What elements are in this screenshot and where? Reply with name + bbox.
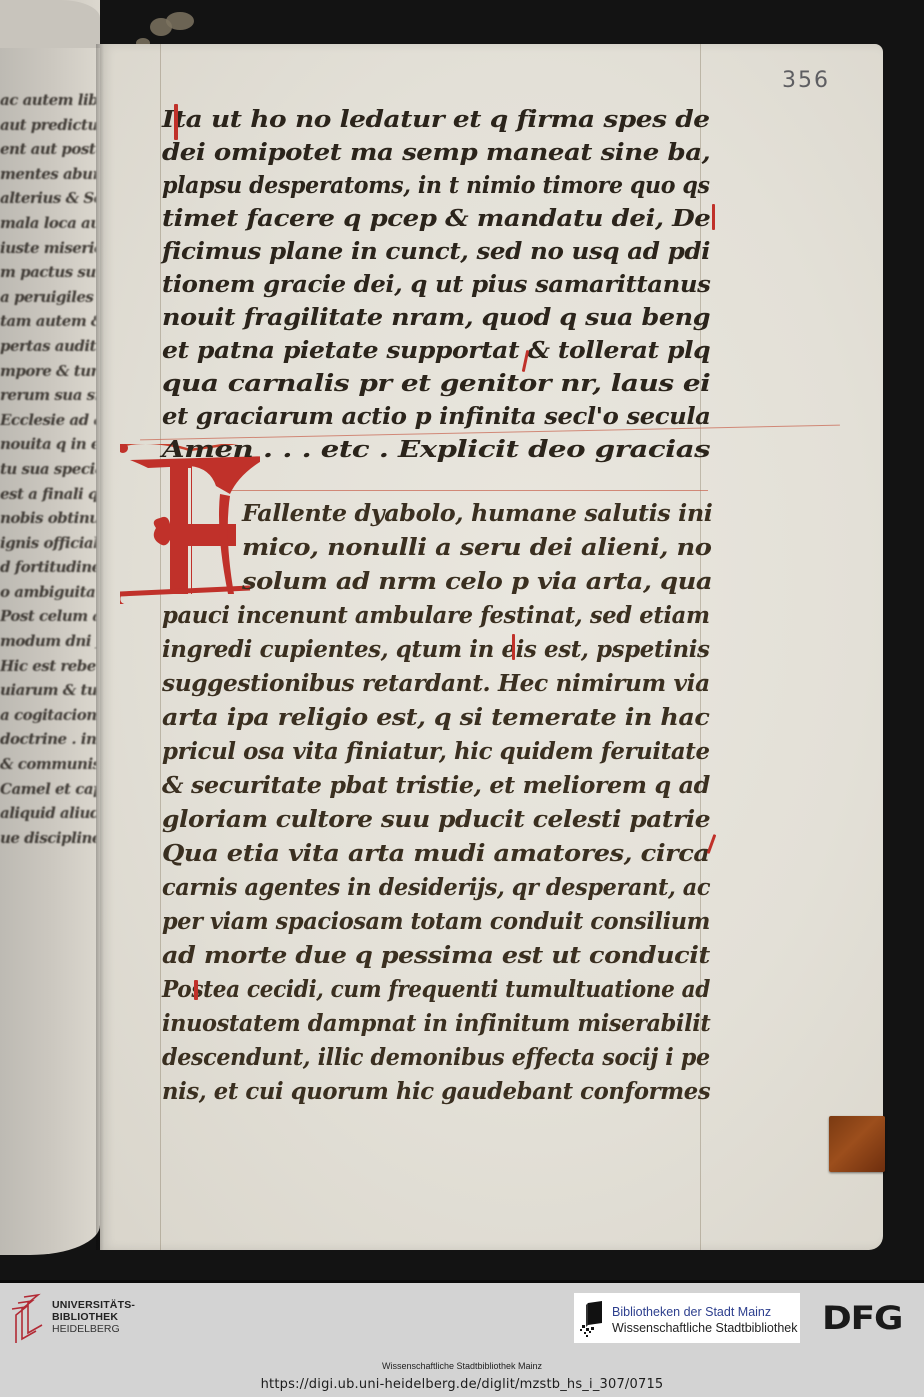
left-page-line: aliquid aliud fai xyxy=(0,801,96,826)
left-page-top-edge xyxy=(0,0,100,48)
left-page-line: & communis q tam xyxy=(0,752,96,777)
manuscript-line: Qua etia vita arta mudi amatores, circa xyxy=(162,840,710,867)
manuscript-line: carnis agentes in desiderijs, qr despera… xyxy=(162,874,710,901)
manuscript-scan: ac autem libet Reaut predictus unient au… xyxy=(0,0,924,1283)
left-page-line: uiarum & tunc xyxy=(0,678,96,703)
left-page-line: a cogitacione cui xyxy=(0,703,96,728)
manuscript-line: inuostatem dampnat in infinitum miserabi… xyxy=(162,1010,710,1037)
manuscript-line: Ita ut ho no ledatur et q firma spes de xyxy=(162,106,710,133)
left-page-line: doctrine . in pena xyxy=(0,727,96,752)
left-page-line: o ambiguitate A xyxy=(0,580,96,605)
left-page-line: est a finali qu xyxy=(0,482,96,507)
left-page-text: ac autem libet Reaut predictus unient au… xyxy=(0,88,96,850)
left-page-line: Ecclesie ad quas xyxy=(0,408,96,433)
manuscript-line: arta ipa religio est, q si temerate in h… xyxy=(162,704,709,731)
manuscript-line: ingredi cupientes, qtum in eis est, pspe… xyxy=(162,636,710,663)
left-page-line: mentes abundat xyxy=(0,162,96,187)
manuscript-line: & securitate pbat tristie, et meliorem q… xyxy=(162,772,710,799)
manuscript-line: per viam spaciosam totam conduit consili… xyxy=(162,908,710,935)
left-page-line: rerum sua sit Qu xyxy=(0,383,96,408)
left-page-verso: ac autem libet Reaut predictus unient au… xyxy=(0,0,100,1255)
manuscript-line: nis, et cui quorum hic gaudebant conform… xyxy=(162,1078,710,1105)
left-page-line: nouita q in eius c xyxy=(0,432,96,457)
manuscript-line: Postea cecidi, cum frequenti tumultuatio… xyxy=(162,976,710,1003)
viewer-footer: UNIVERSITÄTS- BIBLIOTHEK HEIDELBERG Bibl… xyxy=(0,1283,924,1397)
left-page-line: Hic est rebell xyxy=(0,654,96,679)
ub-heidelberg-logo[interactable]: UNIVERSITÄTS- BIBLIOTHEK HEIDELBERG xyxy=(52,1299,135,1335)
left-page-line: mpore & tunc dies q xyxy=(0,359,96,384)
left-page-line: m pactus suis aut xyxy=(0,260,96,285)
manuscript-line: suggestionibus retardant. Hec nimirum vi… xyxy=(162,670,710,697)
manuscript-line: pricul osa vita finiatur, hic quidem fer… xyxy=(162,738,710,765)
manuscript-line: descendunt, illic demonibus effecta soci… xyxy=(162,1044,710,1071)
manuscript-line: timet facere q pcep & mandatu dei, De xyxy=(162,205,710,232)
decorated-initial-f-icon xyxy=(120,444,260,604)
manuscript-line: et patna pietate supportat & tollerat pl… xyxy=(162,337,710,364)
manuscript-line: solum ad nrm celo p via arta, qua xyxy=(242,568,712,595)
manuscript-line: ad morte due q pessima est ut conducit xyxy=(162,942,710,969)
left-page-line: ue discipline Sc xyxy=(0,826,96,851)
left-page-line: ent aut postea man xyxy=(0,137,96,162)
permalink-url[interactable]: https://digi.ub.uni-heidelberg.de/diglit… xyxy=(0,1377,924,1392)
left-page-line: tu sua specialem xyxy=(0,457,96,482)
left-page-line: tam autem & conside xyxy=(0,309,96,334)
manuscript-line: ficimus plane in cunct, sed no usq ad pd… xyxy=(162,238,710,265)
left-page-line: a peruigiles dps xyxy=(0,285,96,310)
left-page-line: ignis officialis xyxy=(0,531,96,556)
clasp-decoration xyxy=(166,12,194,30)
manuscript-line: et graciarum actio p infinita secl'o sec… xyxy=(162,403,710,430)
rubric-mark xyxy=(712,204,715,230)
manuscript-line: gloriam cultore suu pducit celesti patri… xyxy=(162,806,710,833)
right-page-recto: 356 Ita ut ho no ledatur et q firma spes… xyxy=(100,44,883,1250)
book-icon xyxy=(580,1301,606,1337)
ub-heidelberg-logo-icon[interactable] xyxy=(8,1293,52,1343)
red-ruling-line xyxy=(228,490,708,491)
manuscript-line: plapsu desperatoms, in t nimio timore qu… xyxy=(162,172,710,199)
left-page-line: alterius & Secun xyxy=(0,186,96,211)
manuscript-line: tionem gracie dei, q ut pius samarittanu… xyxy=(162,271,710,298)
left-page-line: modum dni fiat fu xyxy=(0,629,96,654)
leather-tab-marker xyxy=(829,1116,885,1172)
left-page-line: aut predictus uni xyxy=(0,113,96,138)
ruling-left xyxy=(160,44,161,1250)
left-page-line: iuste misericordia au xyxy=(0,236,96,261)
left-page-line: Post celum ad xyxy=(0,604,96,629)
left-page-line: pertas audita ut bu xyxy=(0,334,96,359)
rubric-mark xyxy=(174,104,178,140)
manuscript-line: dei omipotet ma semp maneat sine ba, xyxy=(162,139,710,166)
credit-line: Wissenschaftliche Stadtbibliothek Mainz xyxy=(0,1361,924,1371)
left-page-line: mala loca aut ali xyxy=(0,211,96,236)
mainz-library-logo[interactable]: Bibliotheken der Stadt Mainz Wissenschaf… xyxy=(574,1293,800,1343)
manuscript-line: Amen . . . etc . Explicit deo gracias xyxy=(162,436,710,463)
dfg-logo[interactable]: DFG xyxy=(822,1299,902,1337)
rubric-mark xyxy=(512,634,515,660)
manuscript-line: qua carnalis pr et genitor nr, laus ei xyxy=(162,370,710,397)
manuscript-line: mico, nonulli a seru dei alieni, no xyxy=(242,534,711,561)
folio-number: 356 xyxy=(782,68,830,93)
manuscript-line: pauci incenunt ambulare festinat, sed et… xyxy=(162,602,710,629)
left-page-line: Camel et captiue xyxy=(0,777,96,802)
rubric-mark xyxy=(194,980,198,1000)
manuscript-line: Fallente dyabolo, humane salutis ini xyxy=(242,500,712,527)
left-page-line: d fortitudine am xyxy=(0,555,96,580)
manuscript-line: nouit fragilitate nram, quod q sua beng xyxy=(162,304,710,331)
left-page-line: ac autem libet Re xyxy=(0,88,96,113)
left-page-line: nobis obtinuit Ef xyxy=(0,506,96,531)
